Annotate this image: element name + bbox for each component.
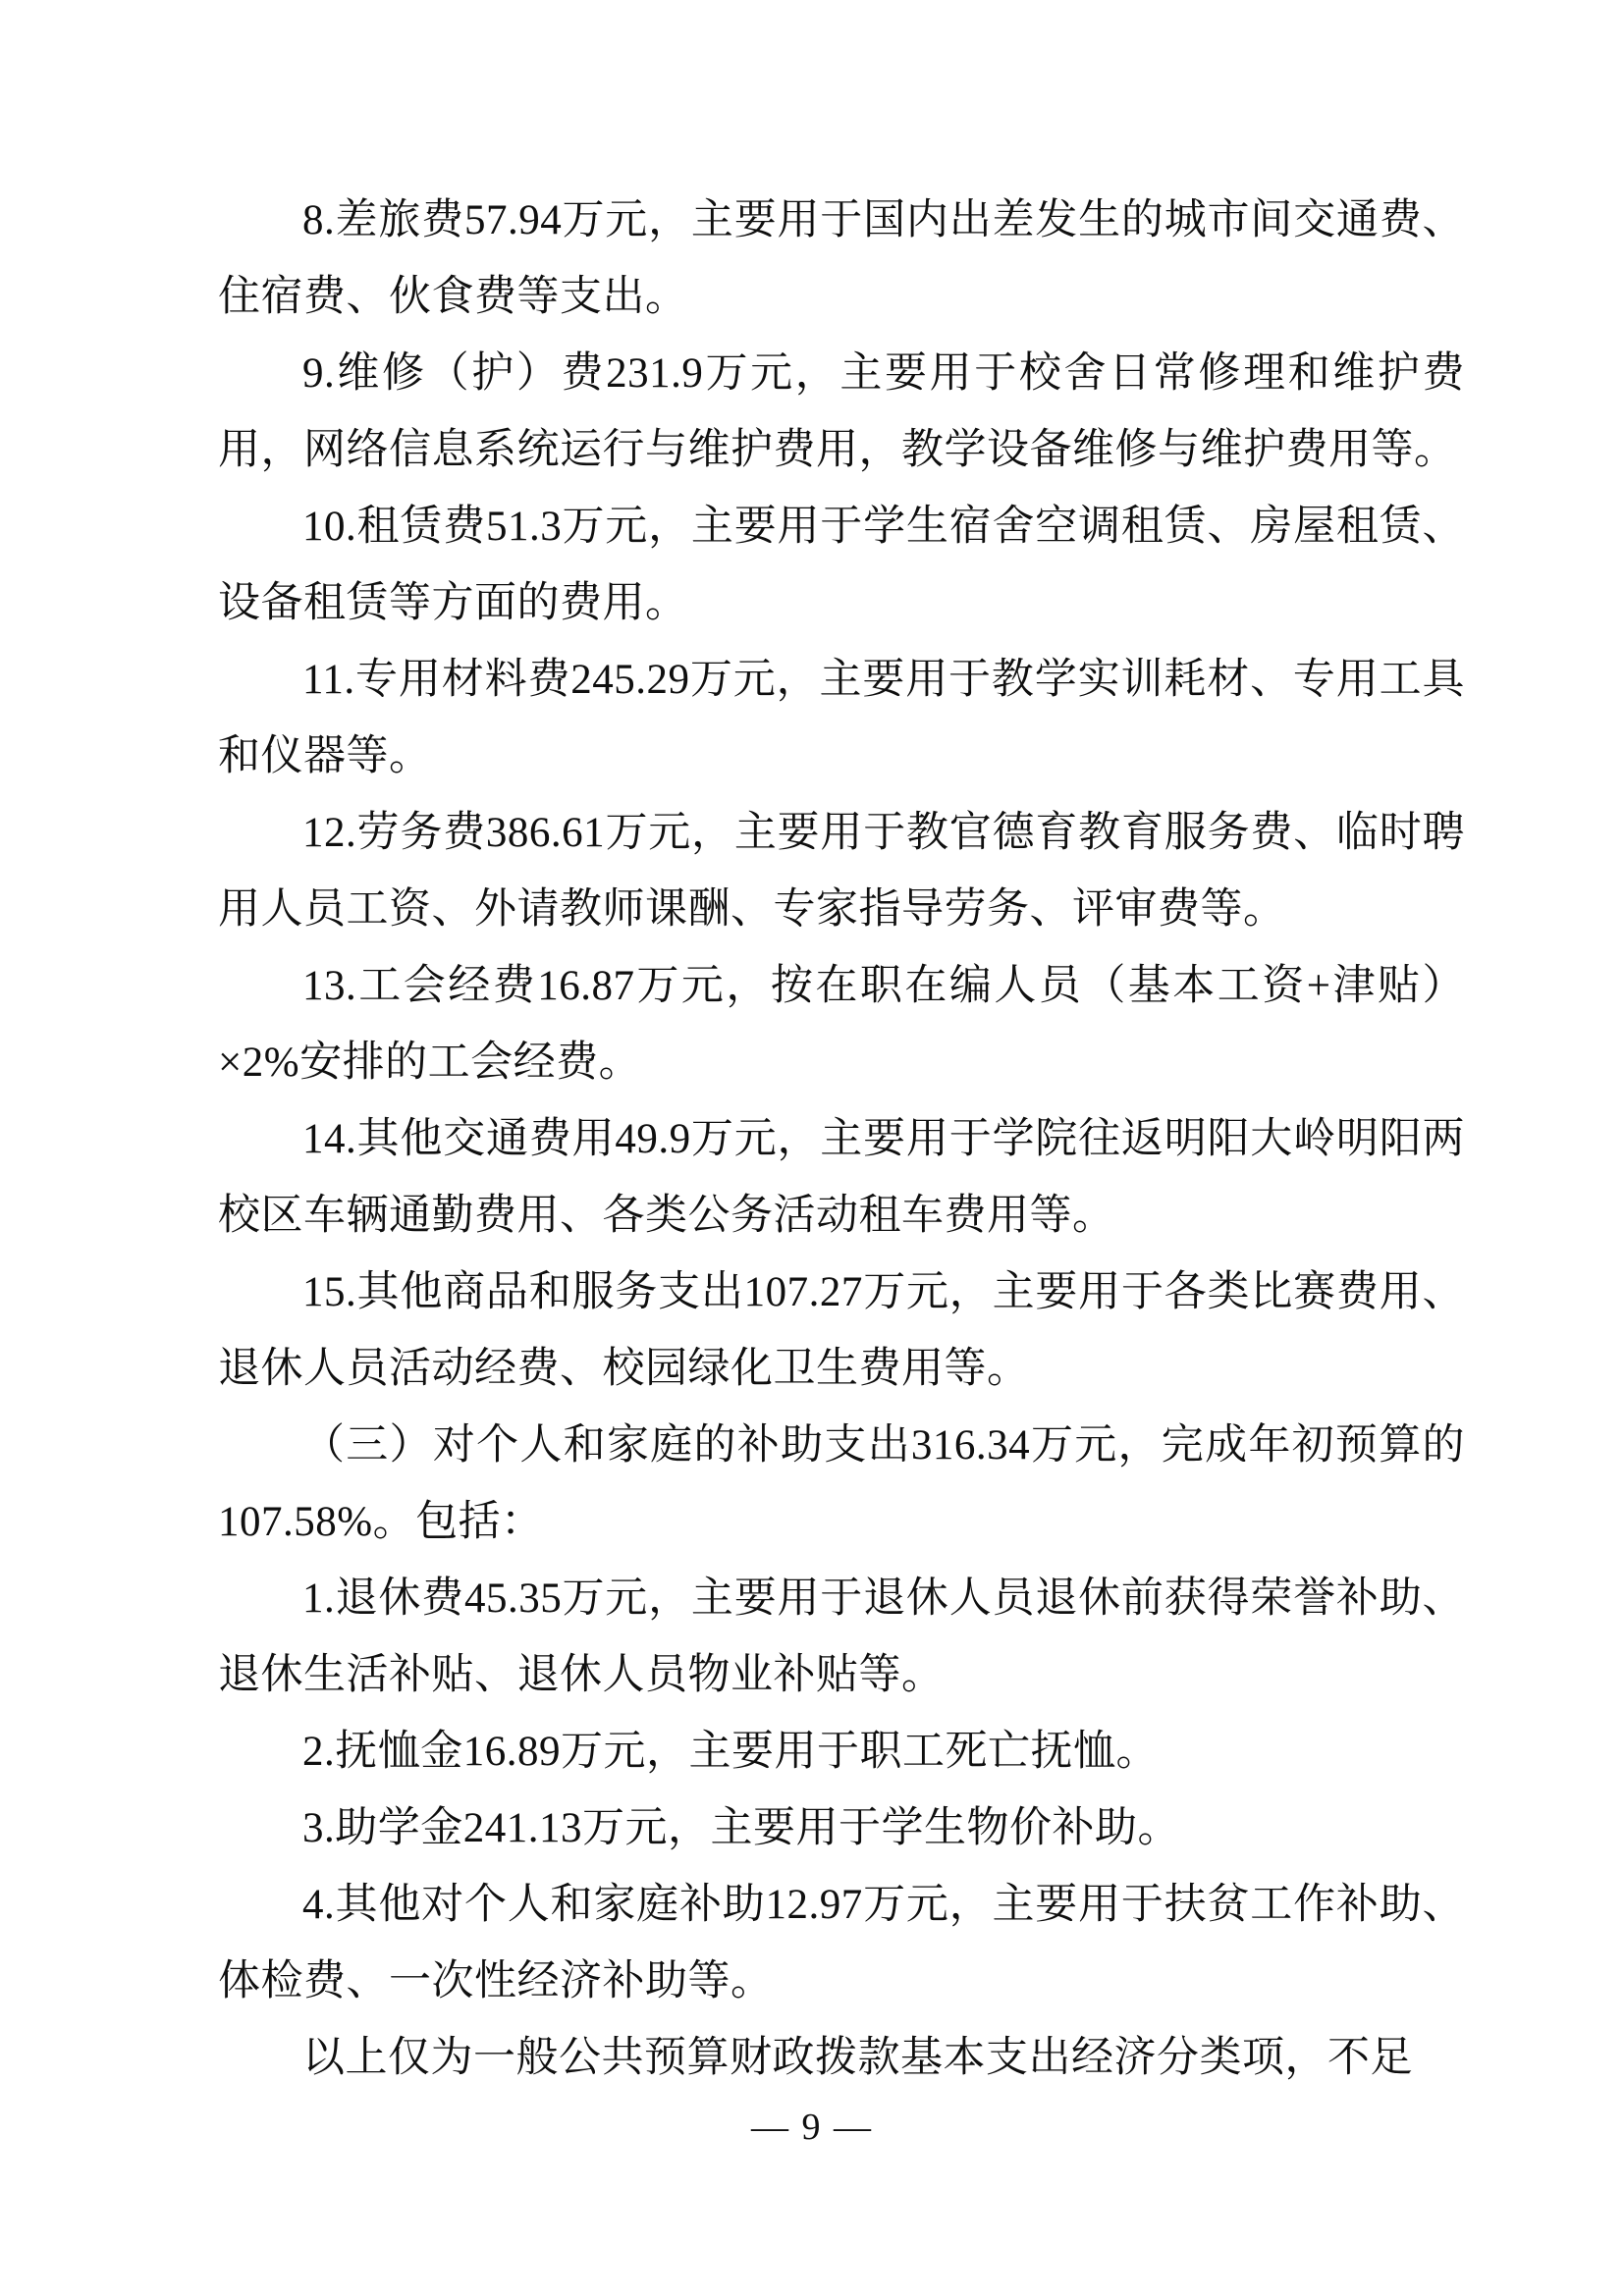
document-page: 8.差旅费57.94万元，主要用于国内出差发生的城市间交通费、住宿费、伙食费等支… [0, 0, 1624, 2296]
para-maintenance-fee: 9.维修（护）费231.9万元，主要用于校舍日常修理和维护费用，网络信息系统运行… [218, 336, 1465, 489]
para-travel-expense: 8.差旅费57.94万元，主要用于国内出差发生的城市间交通费、住宿费、伙食费等支… [218, 183, 1465, 336]
para-section-three-subsidies: （三）对个人和家庭的补助支出316.34万元，完成年初预算的107.58%。包括… [218, 1408, 1465, 1561]
para-other-family-subsidy: 4.其他对个人和家庭补助12.97万元，主要用于扶贫工作补助、体检费、一次性经济… [218, 1867, 1465, 2020]
document-body: 8.差旅费57.94万元，主要用于国内出差发生的城市间交通费、住宿费、伙食费等支… [218, 183, 1465, 2097]
page-footer: — 9 — [0, 2104, 1624, 2151]
para-student-grants: 3.助学金241.13万元，主要用于学生物价补助。 [218, 1790, 1465, 1867]
para-retirement-fee: 1.退休费45.35万元，主要用于退休人员退休前获得荣誉补助、退休生活补贴、退休… [218, 1561, 1465, 1714]
para-union-funds: 13.工会经费16.87万元，按在职在编人员（基本工资+津贴）×2%安排的工会经… [218, 948, 1465, 1101]
para-other-transport-fee: 14.其他交通费用49.9万元，主要用于学院往返明阳大岭明阳两校区车辆通勤费用、… [218, 1101, 1465, 1255]
para-closing-note: 以上仅为一般公共预算财政拨款基本支出经济分类项，不足 [218, 2020, 1465, 2097]
para-special-materials-fee: 11.专用材料费245.29万元，主要用于教学实训耗材、专用工具和仪器等。 [218, 642, 1465, 795]
page-number: — 9 — [751, 2107, 873, 2148]
para-consolation-payment: 2.抚恤金16.89万元，主要用于职工死亡抚恤。 [218, 1714, 1465, 1790]
para-labor-fee: 12.劳务费386.61万元，主要用于教官德育教育服务费、临时聘用人员工资、外请… [218, 795, 1465, 948]
para-rental-fee: 10.租赁费51.3万元，主要用于学生宿舍空调租赁、房屋租赁、设备租赁等方面的费… [218, 489, 1465, 642]
para-other-goods-services: 15.其他商品和服务支出107.27万元，主要用于各类比赛费用、退休人员活动经费… [218, 1255, 1465, 1408]
